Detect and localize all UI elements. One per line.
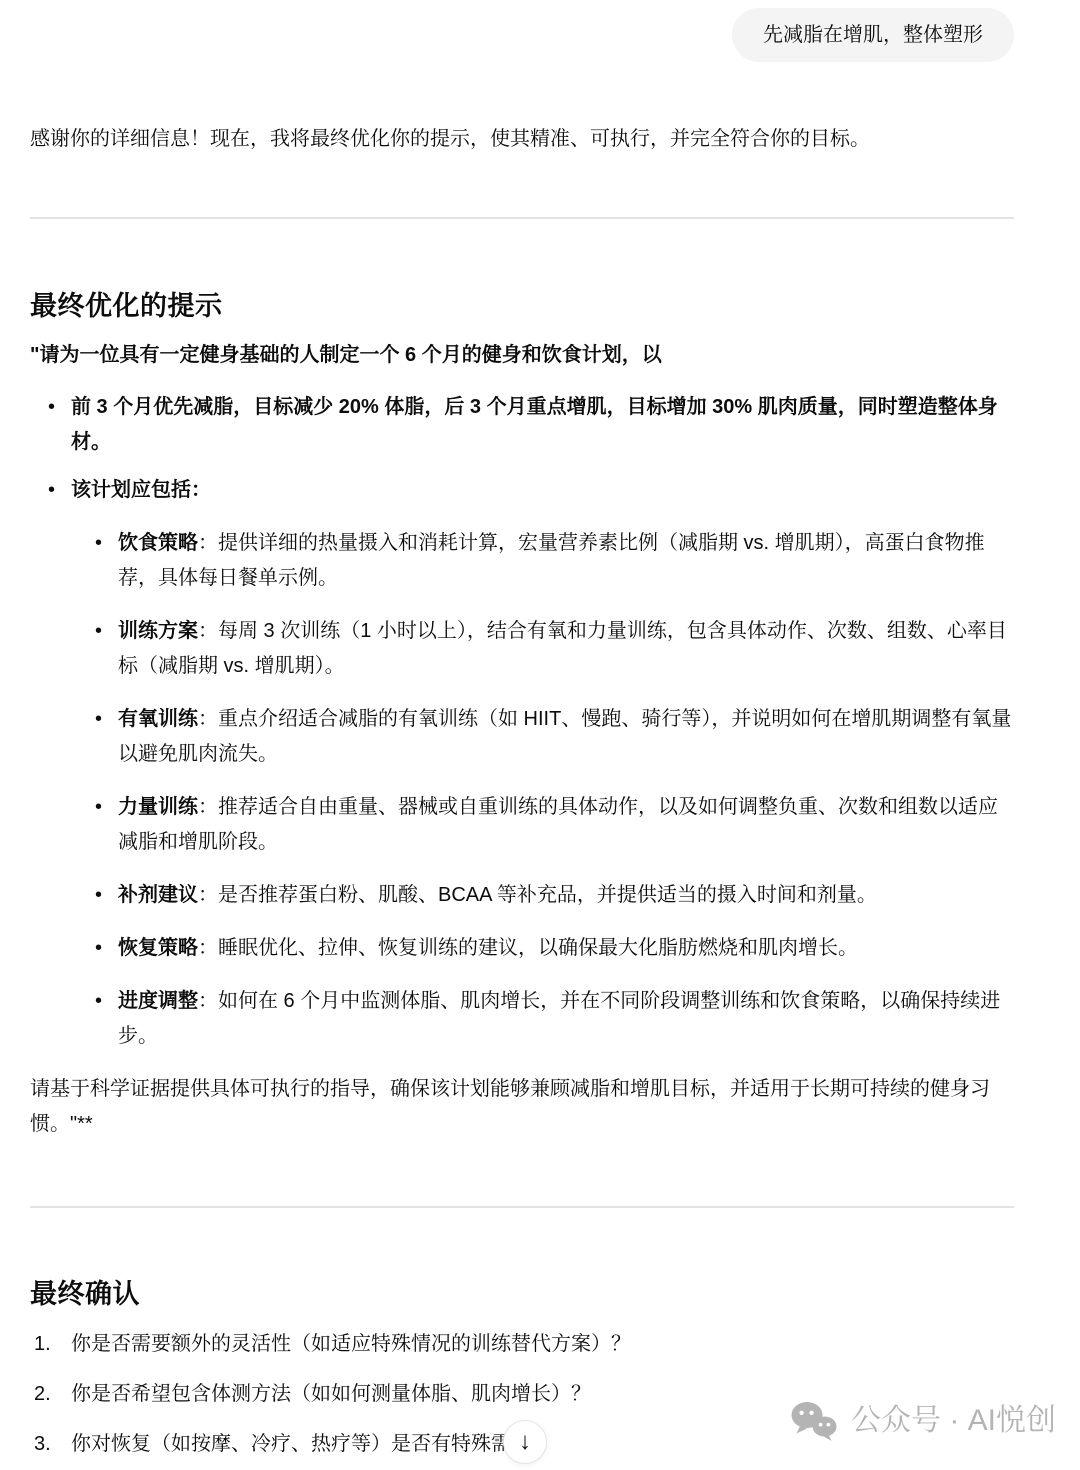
- watermark: 公众号 · AI悦创: [790, 1399, 1056, 1443]
- goal-bullet-text: 前 3 个月优先减脂，目标减少 20% 体脂，后 3 个月重点增肌，目标增加 3…: [71, 396, 998, 453]
- goal-bullet: 前 3 个月优先减脂，目标减少 20% 体脂，后 3 个月重点增肌，目标增加 3…: [71, 390, 1014, 460]
- intro-paragraph: 感谢你的详细信息！现在，我将最终优化你的提示，使其精准、可执行，并完全符合你的目…: [30, 122, 1014, 157]
- plan-sub-list: 饮食策略：提供详细的热量摄入和消耗计算，宏量营养素比例（减脂期 vs. 增肌期）…: [71, 526, 1014, 1054]
- prompt-bullet-list: 前 3 个月优先减脂，目标减少 20% 体脂，后 3 个月重点增肌，目标增加 3…: [30, 390, 1014, 1054]
- confirm-item-3-text: 你对恢复（如按摩、冷疗、热疗等）是否有特殊需求?: [71, 1433, 542, 1455]
- diet-strategy-text: ：提供详细的热量摄入和消耗计算，宏量营养素比例（减脂期 vs. 增肌期），高蛋白…: [118, 532, 985, 589]
- section-divider: [30, 217, 1014, 219]
- user-message-row: 先减脂在增肌，整体塑形: [30, 0, 1014, 62]
- wechat-icon: [790, 1400, 838, 1443]
- progress-item: 进度调整：如何在 6 个月中监测体脂、肌肉增长，并在不同阶段调整训练和饮食策略，…: [118, 984, 1014, 1054]
- confirm-item-2-text: 你是否希望包含体测方法（如如何测量体脂、肌肉增长）？: [71, 1383, 591, 1405]
- strength-text: ：推荐适合自由重量、器械或自重训练的具体动作，以及如何调整负重、次数和组数以适应…: [118, 796, 998, 853]
- cardio-text: ：重点介绍适合减脂的有氧训练（如 HIIT、慢跑、骑行等），并说明如何在增肌期调…: [118, 708, 1011, 765]
- arrow-down-icon: ↓: [519, 1430, 531, 1454]
- strength-item: 力量训练：推荐适合自由重量、器械或自重训练的具体动作，以及如何调整负重、次数和组…: [118, 790, 1014, 860]
- strength-label: 力量训练: [118, 796, 198, 818]
- recovery-label: 恢复策略: [118, 937, 198, 959]
- plan-includes-bullet: 该计划应包括： 饮食策略：提供详细的热量摄入和消耗计算，宏量营养素比例（减脂期 …: [71, 473, 1014, 1054]
- supplement-text: ：是否推荐蛋白粉、肌酸、BCAA 等补充品，并提供适当的摄入时间和剂量。: [198, 884, 877, 906]
- training-plan-text: ：每周 3 次训练（1 小时以上），结合有氧和力量训练，包含具体动作、次数、组数…: [118, 620, 1007, 677]
- supplement-item: 补剂建议：是否推荐蛋白粉、肌酸、BCAA 等补充品，并提供适当的摄入时间和剂量。: [118, 878, 1014, 913]
- section-divider-2: [30, 1206, 1014, 1208]
- final-confirm-heading: 最终确认: [30, 1277, 1014, 1311]
- recovery-text: ：睡眠优化、拉伸、恢复训练的建议，以确保最大化脂肪燃烧和肌肉增长。: [198, 937, 858, 959]
- confirm-item-1: 你是否需要额外的灵活性（如适应特殊情况的训练替代方案）？: [71, 1327, 1014, 1362]
- user-message-bubble: 先减脂在增肌，整体塑形: [732, 8, 1014, 62]
- training-plan-item: 训练方案：每周 3 次训练（1 小时以上），结合有氧和力量训练，包含具体动作、次…: [118, 614, 1014, 684]
- progress-label: 进度调整: [118, 990, 198, 1012]
- watermark-text: 公众号 · AI悦创: [851, 1399, 1056, 1443]
- cardio-label: 有氧训练: [118, 708, 198, 730]
- progress-text: ：如何在 6 个月中监测体脂、肌肉增长，并在不同阶段调整训练和饮食策略，以确保持…: [118, 990, 1000, 1047]
- diet-strategy-label: 饮食策略: [118, 532, 198, 554]
- user-message-text: 先减脂在增肌，整体塑形: [763, 24, 983, 46]
- diet-strategy-item: 饮食策略：提供详细的热量摄入和消耗计算，宏量营养素比例（减脂期 vs. 增肌期）…: [118, 526, 1014, 596]
- recovery-item: 恢复策略：睡眠优化、拉伸、恢复训练的建议，以确保最大化脂肪燃烧和肌肉增长。: [118, 931, 1014, 966]
- supplement-label: 补剂建议: [118, 884, 198, 906]
- scroll-to-bottom-button[interactable]: ↓: [503, 1420, 547, 1464]
- optimized-prompt-heading: 最终优化的提示: [30, 289, 1014, 323]
- prompt-quote-lead: "请为一位具有一定健身基础的人制定一个 6 个月的健身和饮食计划，以: [30, 338, 1014, 373]
- chat-column: 先减脂在增肌，整体塑形 感谢你的详细信息！现在，我将最终优化你的提示，使其精准、…: [0, 0, 1080, 1462]
- training-plan-label: 训练方案: [118, 620, 198, 642]
- closing-paragraph: 请基于科学证据提供具体可执行的指导，确保该计划能够兼顾减脂和增肌目标，并适用于长…: [30, 1072, 1014, 1142]
- confirm-item-1-text: 你是否需要额外的灵活性（如适应特殊情况的训练替代方案）？: [71, 1333, 631, 1355]
- assistant-message: 感谢你的详细信息！现在，我将最终优化你的提示，使其精准、可执行，并完全符合你的目…: [30, 122, 1014, 1462]
- cardio-item: 有氧训练：重点介绍适合减脂的有氧训练（如 HIIT、慢跑、骑行等），并说明如何在…: [118, 702, 1014, 772]
- plan-includes-text: 该计划应包括：: [71, 479, 211, 501]
